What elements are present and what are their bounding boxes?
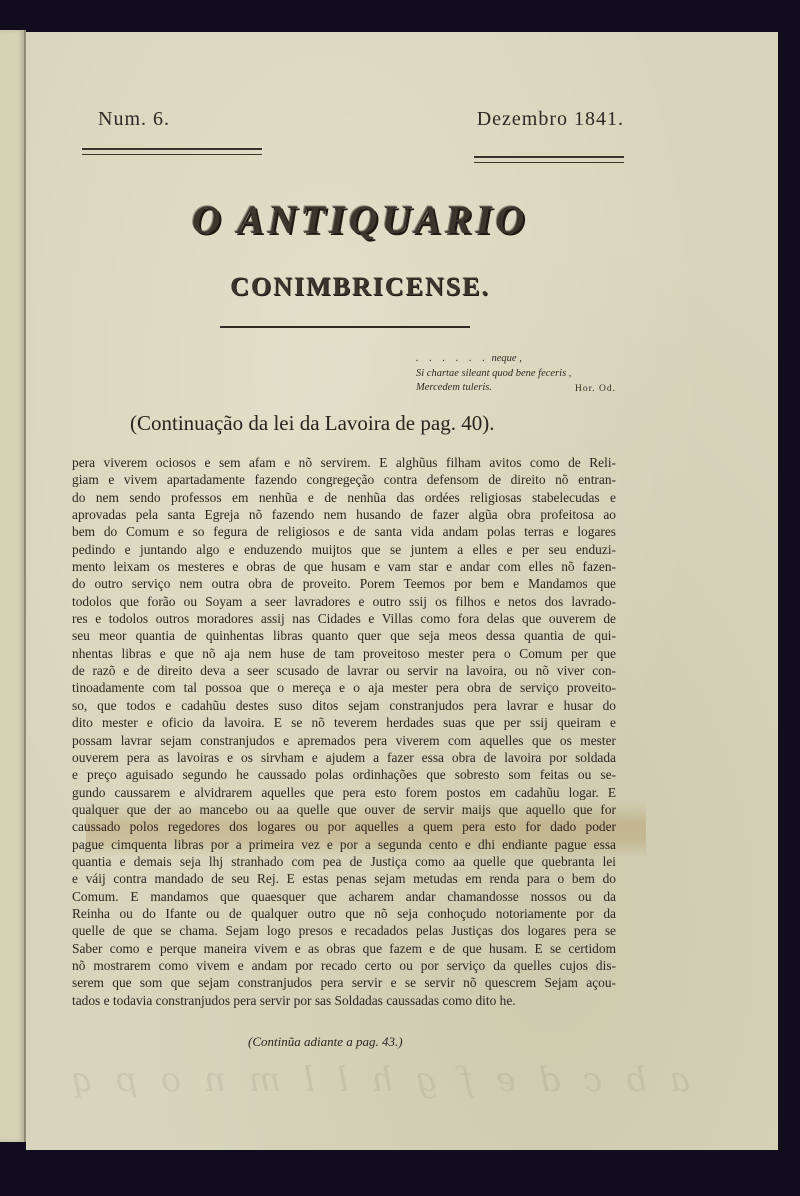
adjacent-page-edge bbox=[0, 30, 26, 1142]
article-line: serem que som que sejam constranjudos pe… bbox=[72, 974, 616, 991]
article-line: giam e vivem apartadamente fazendo congr… bbox=[72, 471, 616, 488]
issue-date: Dezembro 1841. bbox=[477, 108, 624, 131]
article-line: pera viverem ociosos e sem afam e nõ ser… bbox=[72, 454, 616, 471]
masthead-title: O ANTIQUARIO bbox=[110, 196, 610, 243]
continuation-note: (Continũa adiante a pag. 43.) bbox=[248, 1034, 403, 1050]
article-line: Comum. E mandamos que quaesquer que acha… bbox=[72, 888, 616, 905]
article-line: de razõ e de direito deva a seer scusado… bbox=[72, 662, 616, 679]
article-line: do nem sendo professos em nenhũa e de ne… bbox=[72, 489, 616, 506]
article-body: pera viverem ociosos e sem afam e nõ ser… bbox=[72, 454, 616, 1009]
issue-header: Num. 6. Dezembro 1841. bbox=[60, 108, 624, 168]
article-title: (Continuação da lei da Lavoira de pag. 4… bbox=[130, 411, 590, 436]
article-line: quantia e demais seja lhj stranhado com … bbox=[72, 853, 616, 870]
article-line: nõ mostrarem como vivem e andam por reca… bbox=[72, 957, 616, 974]
article-line: pague cimquenta libras por a primeira ve… bbox=[72, 836, 616, 853]
epigraph-line-2: Si chartae sileant quod bene feceris , bbox=[416, 367, 636, 382]
article-line: pedindo e juntando algo e enduzendo muij… bbox=[72, 541, 616, 558]
issue-number: Num. 6. bbox=[98, 108, 170, 131]
article-line: bem do Comum e so fegura de religiosos e… bbox=[72, 523, 616, 540]
article-line: mento leixam os mesteres e obras de que … bbox=[72, 558, 616, 575]
epigraph-line-1: . . . . . . neque , bbox=[416, 352, 636, 367]
article-line: gundo caussarem e alvidrarem aquelles qu… bbox=[72, 784, 616, 801]
article-line: possam lavrar sejam constranjudos e apre… bbox=[72, 732, 616, 749]
article-line: quelle de que se chama. Sejam logo preso… bbox=[72, 922, 616, 939]
issue-number-rule bbox=[82, 148, 262, 155]
article-line: nhentas libras e que nõ aja nem huse de … bbox=[72, 645, 616, 662]
article-line: aprovadas pela santa Egreja nõ fazendo n… bbox=[72, 506, 616, 523]
article-line: Saber como e perque maneira vivem e as o… bbox=[72, 940, 616, 957]
epigraph: . . . . . . neque , Si chartae sileant q… bbox=[416, 352, 636, 396]
masthead-rule bbox=[220, 326, 470, 328]
article-line: todolos que forão ou Soyam a seer lavrad… bbox=[72, 593, 616, 610]
article-line: tados e todavia constranjudos pera servi… bbox=[72, 992, 616, 1009]
article-line: seu meor quantia de quinhentas libras qu… bbox=[72, 627, 616, 644]
epigraph-neque: neque , bbox=[492, 353, 522, 364]
article-line: e preço aguisado segundo he caussado pol… bbox=[72, 766, 616, 783]
article-line: tinoadamente com tal possoa que o mereça… bbox=[72, 679, 616, 696]
article-line: qualquer que der ao mancebo ou aa quelle… bbox=[72, 801, 616, 818]
article-line: so, que todos e cadahũu destes suso dito… bbox=[72, 697, 616, 714]
article-line: res e todolos outros moradores assij nas… bbox=[72, 610, 616, 627]
article-line: caussado polos regedores dos logares ou … bbox=[72, 818, 616, 835]
epigraph-ellipsis: . . . . . . bbox=[416, 353, 489, 364]
article-line: e váij contra mandado de seu Rej. E esta… bbox=[72, 870, 616, 887]
masthead-subtitle: CONIMBRICENSE. bbox=[180, 272, 540, 302]
issue-date-rule bbox=[474, 156, 624, 163]
article-line: Reinha ou do Ifante ou de qualquer outro… bbox=[72, 905, 616, 922]
article-line: dito mester e oficio da lavoira. E se nõ… bbox=[72, 714, 616, 731]
article-line: ouverem pera as lavoiras e os sirvham e … bbox=[72, 749, 616, 766]
article-line: do outro serviço nem outra obra de prove… bbox=[72, 575, 616, 592]
show-through-handwriting: a b c d e f g h l l m n o p q bbox=[90, 1060, 690, 1140]
epigraph-attribution: Hor. Od. bbox=[575, 382, 616, 397]
